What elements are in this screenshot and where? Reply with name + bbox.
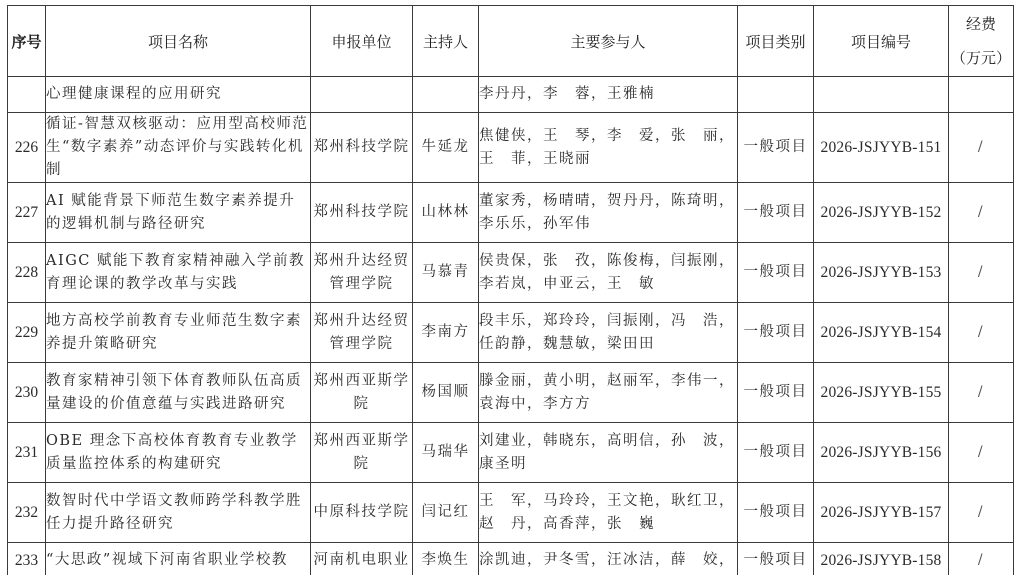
cell-members: 焦健侠，王 琴，李 爱，张 丽，王 菲，王晓丽 bbox=[479, 113, 738, 183]
cell-project-name: AI 赋能背景下师范生数字素养提升的逻辑机制与路径研究 bbox=[46, 183, 311, 243]
cell-code: 2026-JSJYYB-153 bbox=[814, 243, 949, 303]
cell-unit: 中原科技学院 bbox=[311, 483, 413, 543]
cell-seq: 232 bbox=[8, 483, 46, 543]
cell-unit: 郑州升达经贸管理学院 bbox=[311, 303, 413, 363]
project-list-table: 序号 项目名称 申报单位 主持人 主要参与人 项目类别 项目编号 经费 （万元）… bbox=[7, 5, 1014, 575]
cell-unit: 河南机电职业 bbox=[311, 543, 413, 575]
cell-fee: / bbox=[949, 543, 1014, 575]
cell-code: 2026-JSJYYB-151 bbox=[814, 113, 949, 183]
cell-unit: 郑州科技学院 bbox=[311, 113, 413, 183]
cell-code: 2026-JSJYYB-155 bbox=[814, 363, 949, 423]
cell-seq: 229 bbox=[8, 303, 46, 363]
cell-unit: 郑州西亚斯学院 bbox=[311, 423, 413, 483]
cell-seq: 227 bbox=[8, 183, 46, 243]
cell-seq: 231 bbox=[8, 423, 46, 483]
cell-seq: 233 bbox=[8, 543, 46, 575]
cell-category: 一般项目 bbox=[738, 243, 814, 303]
table-row-continuation: 心理健康课程的应用研究 李丹丹，李 蓉，王雅楠 bbox=[8, 77, 1014, 113]
cell-host: 闫记红 bbox=[413, 483, 479, 543]
table-row: 230 教育家精神引领下体育教师队伍高质量建设的价值意蕴与实践进路研究 郑州西亚… bbox=[8, 363, 1014, 423]
cell-unit: 郑州西亚斯学院 bbox=[311, 363, 413, 423]
cell-fee: / bbox=[949, 183, 1014, 243]
table-row: 232 数智时代中学语文教师跨学科教学胜任力提升路径研究 中原科技学院 闫记红 … bbox=[8, 483, 1014, 543]
cell-host: 马瑞华 bbox=[413, 423, 479, 483]
cell-members: 段丰乐，郑玲玲，闫振刚，冯 浩，任韵静，魏慧敏，梁田田 bbox=[479, 303, 738, 363]
cell-code bbox=[814, 77, 949, 113]
cell-code: 2026-JSJYYB-152 bbox=[814, 183, 949, 243]
cell-host: 牛延龙 bbox=[413, 113, 479, 183]
cell-host: 马慕青 bbox=[413, 243, 479, 303]
cell-fee: / bbox=[949, 363, 1014, 423]
cell-project-name: 地方高校学前教育专业师范生数字素养提升策略研究 bbox=[46, 303, 311, 363]
cell-members: 李丹丹，李 蓉，王雅楠 bbox=[479, 77, 738, 113]
header-fee: 经费 （万元） bbox=[949, 6, 1014, 77]
cell-members: 王 军，马玲玲，王文艳，耿红卫，赵 丹，高香萍，张 巍 bbox=[479, 483, 738, 543]
table-row: 227 AI 赋能背景下师范生数字素养提升的逻辑机制与路径研究 郑州科技学院 山… bbox=[8, 183, 1014, 243]
cell-host: 杨国顺 bbox=[413, 363, 479, 423]
cell-members: 侯贵保，张 孜，陈俊梅，闫振刚，李若岚，申亚云，王 敏 bbox=[479, 243, 738, 303]
header-project-name: 项目名称 bbox=[46, 6, 311, 77]
cell-host: 山林林 bbox=[413, 183, 479, 243]
cell-category bbox=[738, 77, 814, 113]
header-unit: 申报单位 bbox=[311, 6, 413, 77]
cell-fee: / bbox=[949, 113, 1014, 183]
cell-code: 2026-JSJYYB-158 bbox=[814, 543, 949, 575]
cell-project-name: 心理健康课程的应用研究 bbox=[46, 77, 311, 113]
table-row: 233 “大思政”视域下河南省职业学校教 河南机电职业 李焕生 涂凯迪，尹冬雪，… bbox=[8, 543, 1014, 575]
cell-members: 刘建业，韩晓东，高明信，孙 波，康圣明 bbox=[479, 423, 738, 483]
cell-host: 李焕生 bbox=[413, 543, 479, 575]
cell-seq: 226 bbox=[8, 113, 46, 183]
cell-seq: 230 bbox=[8, 363, 46, 423]
cell-code: 2026-JSJYYB-154 bbox=[814, 303, 949, 363]
cell-fee: / bbox=[949, 303, 1014, 363]
table-row: 228 AIGC 赋能下教育家精神融入学前教育理论课的教学改革与实践 郑州升达经… bbox=[8, 243, 1014, 303]
cell-category: 一般项目 bbox=[738, 363, 814, 423]
header-code: 项目编号 bbox=[814, 6, 949, 77]
cell-code: 2026-JSJYYB-156 bbox=[814, 423, 949, 483]
cell-fee: / bbox=[949, 483, 1014, 543]
cell-unit: 郑州科技学院 bbox=[311, 183, 413, 243]
cell-seq: 228 bbox=[8, 243, 46, 303]
cell-project-name: OBE 理念下高校体育教育专业教学质量监控体系的构建研究 bbox=[46, 423, 311, 483]
cell-project-name: 循证-智慧双核驱动：应用型高校师范生“数字素养”动态评价与实践转化机制 bbox=[46, 113, 311, 183]
cell-category: 一般项目 bbox=[738, 183, 814, 243]
cell-category: 一般项目 bbox=[738, 423, 814, 483]
cell-seq bbox=[8, 77, 46, 113]
cell-fee: / bbox=[949, 423, 1014, 483]
cell-category: 一般项目 bbox=[738, 303, 814, 363]
table-row: 231 OBE 理念下高校体育教育专业教学质量监控体系的构建研究 郑州西亚斯学院… bbox=[8, 423, 1014, 483]
header-host: 主持人 bbox=[413, 6, 479, 77]
cell-members: 董家秀，杨晴晴，贺丹丹，陈琦明，李乐乐，孙军伟 bbox=[479, 183, 738, 243]
cell-project-name: 教育家精神引领下体育教师队伍高质量建设的价值意蕴与实践进路研究 bbox=[46, 363, 311, 423]
header-members: 主要参与人 bbox=[479, 6, 738, 77]
cell-fee: / bbox=[949, 243, 1014, 303]
cell-members: 涂凯迪，尹冬雪，汪冰洁，薛 姣， bbox=[479, 543, 738, 575]
cell-host: 李南方 bbox=[413, 303, 479, 363]
header-row: 序号 项目名称 申报单位 主持人 主要参与人 项目类别 项目编号 经费 （万元） bbox=[8, 6, 1014, 77]
header-seq: 序号 bbox=[8, 6, 46, 77]
header-category: 项目类别 bbox=[738, 6, 814, 77]
cell-unit: 郑州升达经贸管理学院 bbox=[311, 243, 413, 303]
cell-code: 2026-JSJYYB-157 bbox=[814, 483, 949, 543]
cell-category: 一般项目 bbox=[738, 113, 814, 183]
cell-category: 一般项目 bbox=[738, 483, 814, 543]
cell-host bbox=[413, 77, 479, 113]
header-fee-line1: 经费 bbox=[949, 7, 1013, 41]
cell-members: 滕金丽，黄小明，赵丽军，李伟一，袁海中，李方方 bbox=[479, 363, 738, 423]
cell-unit bbox=[311, 77, 413, 113]
table-row: 226 循证-智慧双核驱动：应用型高校师范生“数字素养”动态评价与实践转化机制 … bbox=[8, 113, 1014, 183]
cell-project-name: 数智时代中学语文教师跨学科教学胜任力提升路径研究 bbox=[46, 483, 311, 543]
table-row: 229 地方高校学前教育专业师范生数字素养提升策略研究 郑州升达经贸管理学院 李… bbox=[8, 303, 1014, 363]
cell-project-name: AIGC 赋能下教育家精神融入学前教育理论课的教学改革与实践 bbox=[46, 243, 311, 303]
cell-category: 一般项目 bbox=[738, 543, 814, 575]
cell-project-name: “大思政”视域下河南省职业学校教 bbox=[46, 543, 311, 575]
header-fee-line2: （万元） bbox=[949, 41, 1013, 75]
cell-fee bbox=[949, 77, 1014, 113]
